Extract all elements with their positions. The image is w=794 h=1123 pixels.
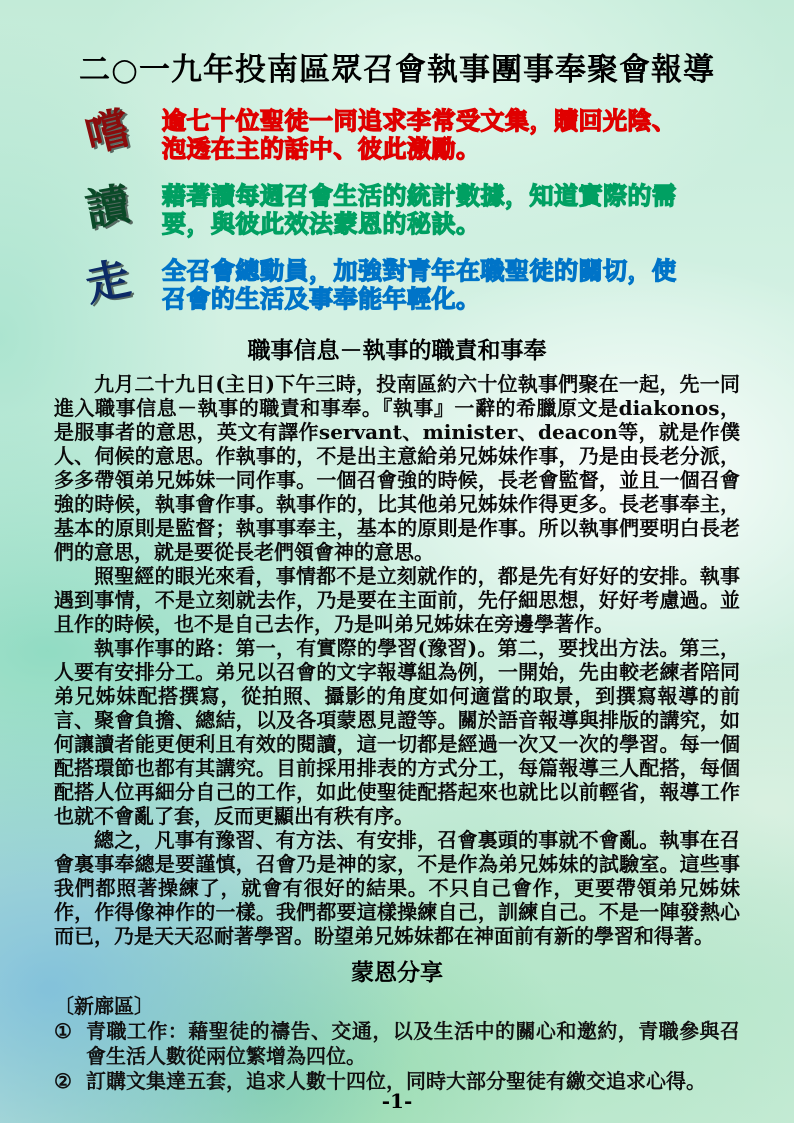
taste-calligraphy-glyph: 嚐 — [49, 95, 166, 172]
message-section-heading: 職事信息－執事的職責和事奉 — [54, 332, 740, 365]
page-title: 二○一九年投南區眾召會執事團事奉聚會報導 — [54, 44, 740, 89]
sharing-section-heading: 蒙恩分享 — [54, 954, 740, 987]
message-paragraph-1: 九月二十九日(主日)下午三時，投南區約六十位執事們聚在一起，先一同進入職事信息－… — [54, 372, 740, 564]
highlight-item-read: 讀 藉著讀每週召會生活的統計數據，知道實際的需要，與彼此效法蒙恩的秘訣。 — [54, 182, 740, 240]
circled-number-1: ① — [54, 1019, 72, 1044]
walk-calligraphy-glyph: 走 — [50, 246, 166, 319]
highlight-text-mobilize: 全召會總動員，加強對青年在職聖徒的關切，使召會的生活及事奉能年輕化。 — [162, 257, 694, 313]
sharing-item-1-text: 青職工作：藉聖徒的禱告、交通，以及生活中的關心和邀約，青職參與召會生活人數從兩位… — [86, 1019, 740, 1068]
message-paragraph-2: 照聖經的眼光來看，事情都不是立刻就作的，都是先有好好的安排。執事遇到事情，不是立… — [54, 564, 740, 636]
read-calligraphy-glyph: 讀 — [50, 173, 165, 243]
newsletter-page: 二○一九年投南區眾召會執事團事奉聚會報導 嚐 逾七十位聖徒一同追求李常受文集，贖… — [0, 0, 794, 1123]
highlight-text-pursue: 逾七十位聖徒一同追求李常受文集，贖回光陰、泡透在主的話中、彼此激勵。 — [162, 107, 694, 163]
message-paragraph-3: 執事作事的路：第一，有實際的學習(豫習)。第二，要找出方法。第三，人要有安排分工… — [54, 636, 740, 828]
message-paragraph-4: 總之，凡事有豫習、有方法、有安排，召會裏頭的事就不會亂。執事在召會裏事奉總是要謹… — [54, 828, 740, 948]
page-number: -1- — [0, 1089, 794, 1113]
district-label: 〔新廍區〕 — [54, 993, 740, 1019]
sharing-item-1: ① 青職工作：藉聖徒的禱告、交通，以及生活中的關心和邀約，青職參與召會生活人數從… — [54, 1019, 740, 1069]
highlight-item-taste: 嚐 逾七十位聖徒一同追求李常受文集，贖回光陰、泡透在主的話中、彼此激勵。 — [54, 107, 740, 165]
highlight-list: 嚐 逾七十位聖徒一同追求李常受文集，贖回光陰、泡透在主的話中、彼此激勵。 讀 藉… — [54, 107, 740, 315]
highlight-text-statistics: 藉著讀每週召會生活的統計數據，知道實際的需要，與彼此效法蒙恩的秘訣。 — [162, 182, 694, 238]
highlight-item-walk: 走 全召會總動員，加強對青年在職聖徒的關切，使召會的生活及事奉能年輕化。 — [54, 257, 740, 315]
